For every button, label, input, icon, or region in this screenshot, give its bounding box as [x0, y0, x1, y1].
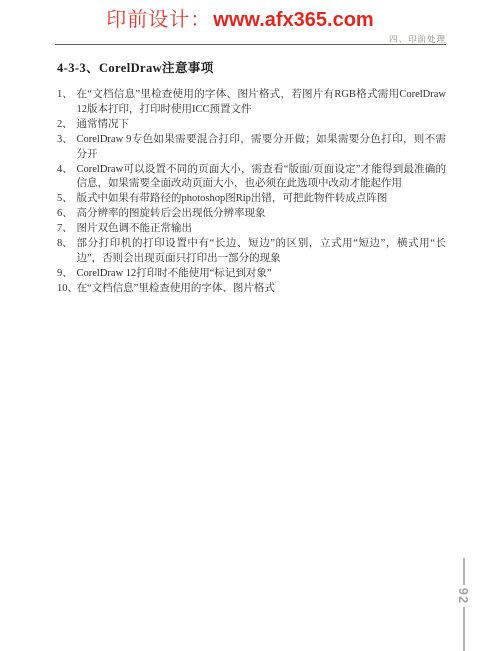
list-item-number: 6、 — [57, 207, 77, 222]
list-item-text: 通常情况下 — [77, 118, 447, 133]
list-item: 7、 图片双色调不能正常输出 — [57, 222, 446, 237]
list-item-number: 3、 — [57, 133, 77, 148]
list-item-number: 7、 — [57, 222, 77, 237]
page-number: 92 — [451, 585, 477, 607]
list-item-text: 在“文档信息”里检查使用的字体、图片格式 — [77, 282, 447, 297]
list-item: 5、 版式中如果有带路径的photoshop图Rip出错，可把此物件转成点阵图 — [57, 192, 446, 207]
site-banner: 印前设计：www.afx365.com — [0, 3, 480, 32]
list-item-number: 8、 — [57, 237, 77, 252]
scanned-document-page: 印前设计：www.afx365.com 四、印前处理 4-3-3、CorelDr… — [0, 0, 480, 651]
list-item-text: CorelDraw 9专色如果需要混合打印，需要分开做；如果需要分色打印，则不需… — [77, 133, 447, 163]
list-item-text: CorelDraw 12打印时不能使用“标记到对象” — [77, 267, 447, 282]
site-name-text: 印前设计： — [106, 9, 211, 31]
list-item: 4、 CorelDraw可以设置不同的页面大小，需查看“版面/页面设定”才能得到… — [57, 163, 446, 193]
list-item: 3、 CorelDraw 9专色如果需要混合打印，需要分开做；如果需要分色打印，… — [57, 133, 446, 163]
list-item: 9、 CorelDraw 12打印时不能使用“标记到对象” — [57, 267, 446, 282]
list-item: 1、 在“文档信息”里检查使用的字体、图片格式，若图片有RGB格式需用Corel… — [57, 88, 446, 118]
list-item: 10、 在“文档信息”里检查使用的字体、图片格式 — [57, 282, 446, 297]
list-item-text: 部分打印机的打印设置中有“长边、短边”的区别，立式用“短边”，横式用“长边”，否… — [77, 237, 447, 267]
list-item-number: 10、 — [57, 282, 77, 297]
notes-list: 1、 在“文档信息”里检查使用的字体、图片格式，若图片有RGB格式需用Corel… — [57, 88, 446, 297]
page-content: 4-3-3、CorelDraw注意事项 1、 在“文档信息”里检查使用的字体、图… — [57, 61, 446, 297]
list-item-number: 4、 — [57, 163, 77, 178]
list-item-number: 5、 — [57, 192, 77, 207]
list-item-number: 9、 — [57, 267, 77, 282]
section-title: 4-3-3、CorelDraw注意事项 — [57, 61, 446, 76]
list-item-text: 高分辨率的图旋转后会出现低分辨率现象 — [77, 207, 447, 222]
list-item-text: 版式中如果有带路径的photoshop图Rip出错，可把此物件转成点阵图 — [77, 192, 447, 207]
list-item-text: 在“文档信息”里检查使用的字体、图片格式，若图片有RGB格式需用CorelDra… — [77, 88, 447, 118]
site-url-text: www.afx365.com — [213, 9, 373, 31]
list-item: 6、 高分辨率的图旋转后会出现低分辨率现象 — [57, 207, 446, 222]
list-item: 8、 部分打印机的打印设置中有“长边、短边”的区别，立式用“短边”，横式用“长边… — [57, 237, 446, 267]
list-item-number: 2、 — [57, 118, 77, 133]
list-item-number: 1、 — [57, 88, 77, 103]
list-item: 2、 通常情况下 — [57, 118, 446, 133]
header-rule — [55, 44, 446, 45]
list-item-text: CorelDraw可以设置不同的页面大小，需查看“版面/页面设定”才能得到最准确… — [77, 163, 447, 193]
list-item-text: 图片双色调不能正常输出 — [77, 222, 447, 237]
